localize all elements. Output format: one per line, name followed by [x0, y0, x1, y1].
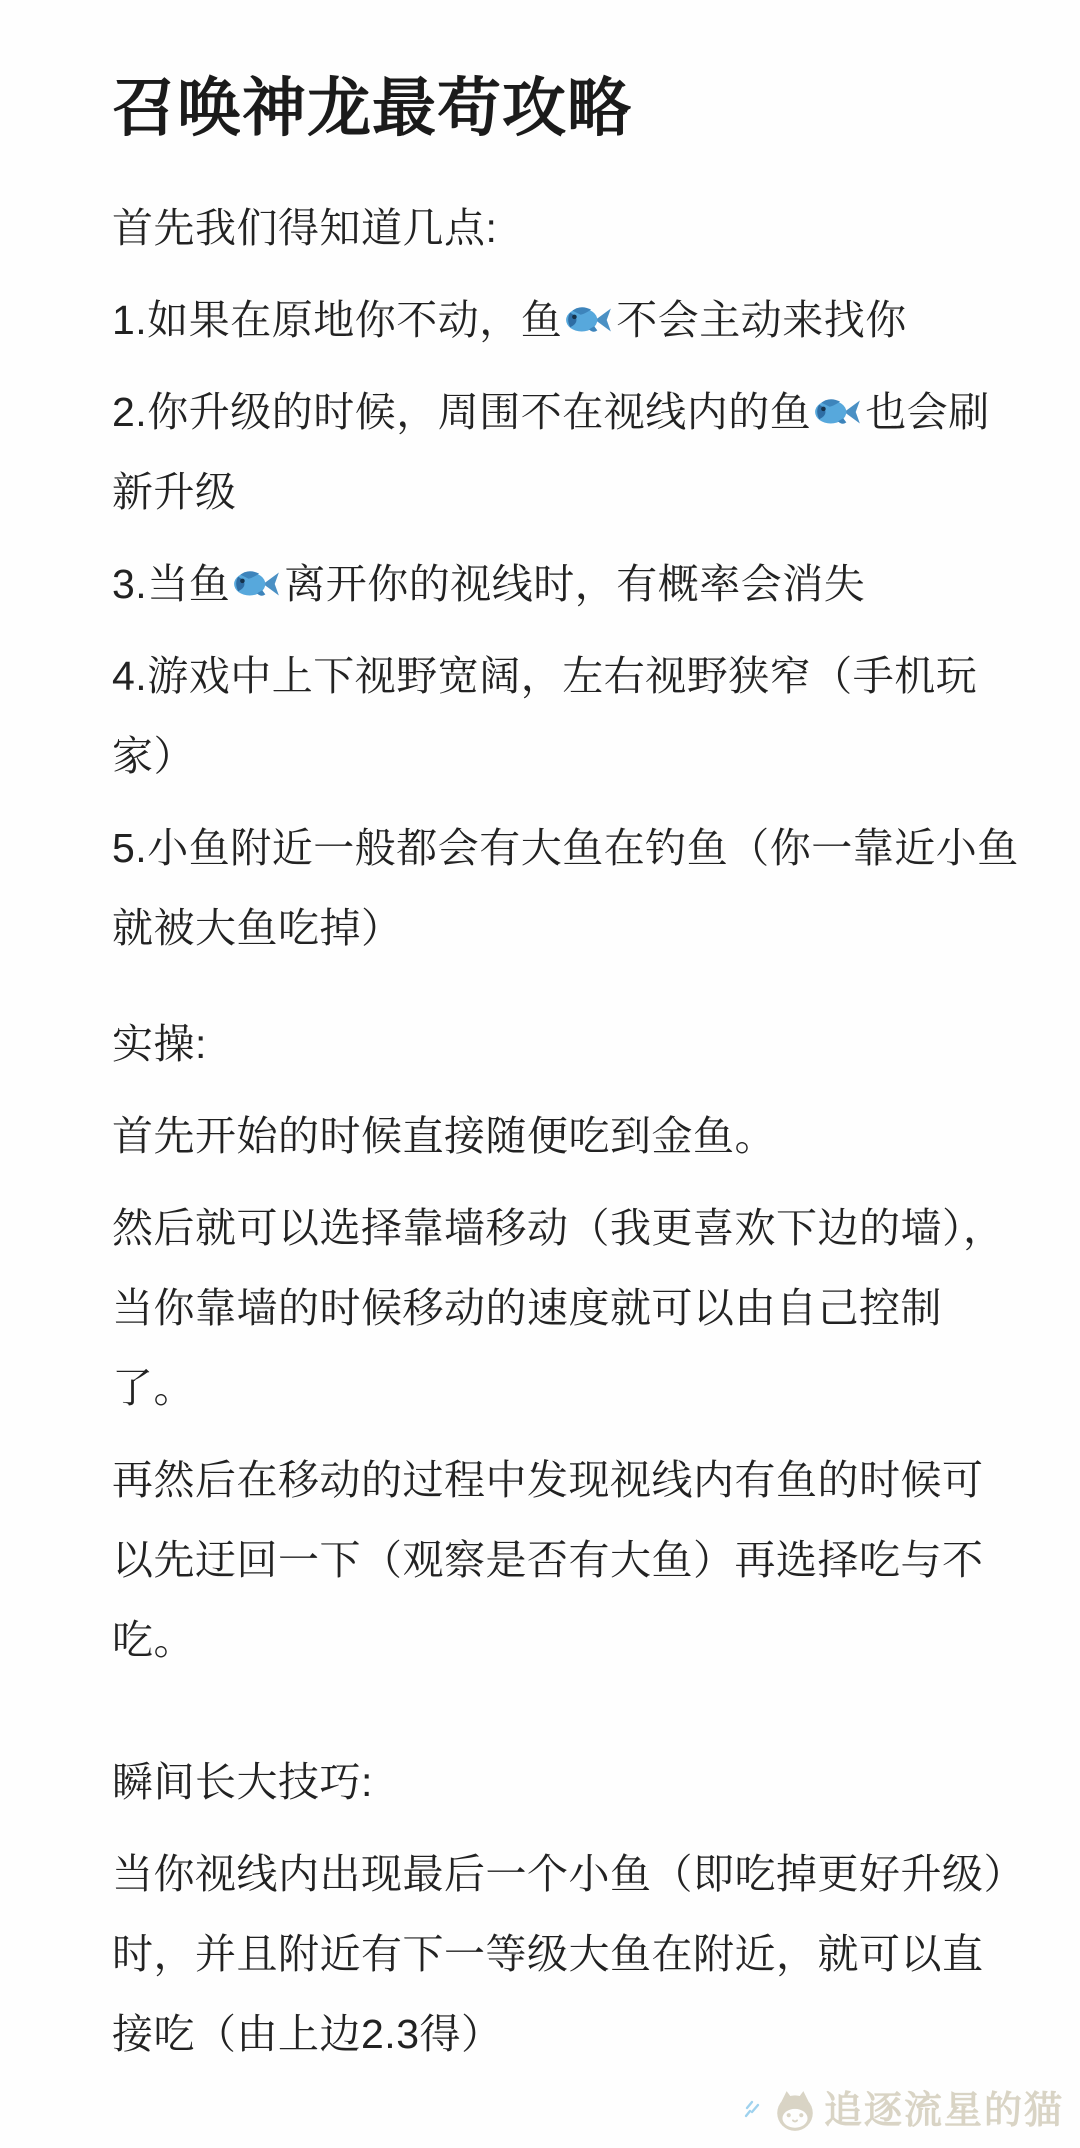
- tip-heading: 瞬间长大技巧:: [112, 1742, 1024, 1822]
- point-2: 2.你升级的时候，周围不在视线内的鱼也会刷新升级: [112, 372, 1024, 532]
- fish-emoji-icon: [564, 300, 614, 340]
- point-3: 3.当鱼离开你的视线时，有概率会消失: [112, 544, 1024, 624]
- watermark: 追逐流星的猫: [744, 2088, 1064, 2134]
- sparkle-icon: [744, 2098, 766, 2124]
- point-1: 1.如果在原地你不动，鱼不会主动来找你: [112, 280, 1024, 360]
- point-4: 4.游戏中上下视野宽阔，左右视野狭窄（手机玩家）: [112, 636, 1024, 796]
- guide-page: 召唤神龙最苟攻略 首先我们得知道几点: 1.如果在原地你不动，鱼不会主动来找你 …: [0, 0, 1080, 2148]
- fish-emoji-icon: [232, 564, 282, 604]
- watermark-text: 追逐流星的猫: [824, 2088, 1064, 2134]
- practice-step-2: 然后就可以选择靠墙移动（我更喜欢下边的墙），当你靠墙的时候移动的速度就可以由自己…: [112, 1188, 1024, 1428]
- point-5: 5.小鱼附近一般都会有大鱼在钓鱼（你一靠近小鱼就被大鱼吃掉）: [112, 808, 1024, 968]
- intro-line: 首先我们得知道几点:: [112, 188, 1024, 268]
- practice-step-1: 首先开始的时候直接随便吃到金鱼。: [112, 1096, 1024, 1176]
- point-2-text-before: 2.你升级的时候，周围不在视线内的鱼: [112, 389, 811, 435]
- cat-icon: [772, 2088, 818, 2134]
- fish-emoji-icon: [813, 392, 863, 432]
- practice-heading: 实操:: [112, 1004, 1024, 1084]
- point-3-text-after: 离开你的视线时，有概率会消失: [284, 561, 865, 607]
- tip-body: 当你视线内出现最后一个小鱼（即吃掉更好升级）时，并且附近有下一等级大鱼在附近，就…: [112, 1834, 1024, 2074]
- point-1-text-after: 不会主动来找你: [616, 297, 907, 343]
- practice-step-3: 再然后在移动的过程中发现视线内有鱼的时候可以先迂回一下（观察是否有大鱼）再选择吃…: [112, 1440, 1024, 1680]
- point-1-text-before: 1.如果在原地你不动，鱼: [112, 297, 562, 343]
- point-3-text-before: 3.当鱼: [112, 561, 230, 607]
- guide-title: 召唤神龙最苟攻略: [112, 68, 1024, 148]
